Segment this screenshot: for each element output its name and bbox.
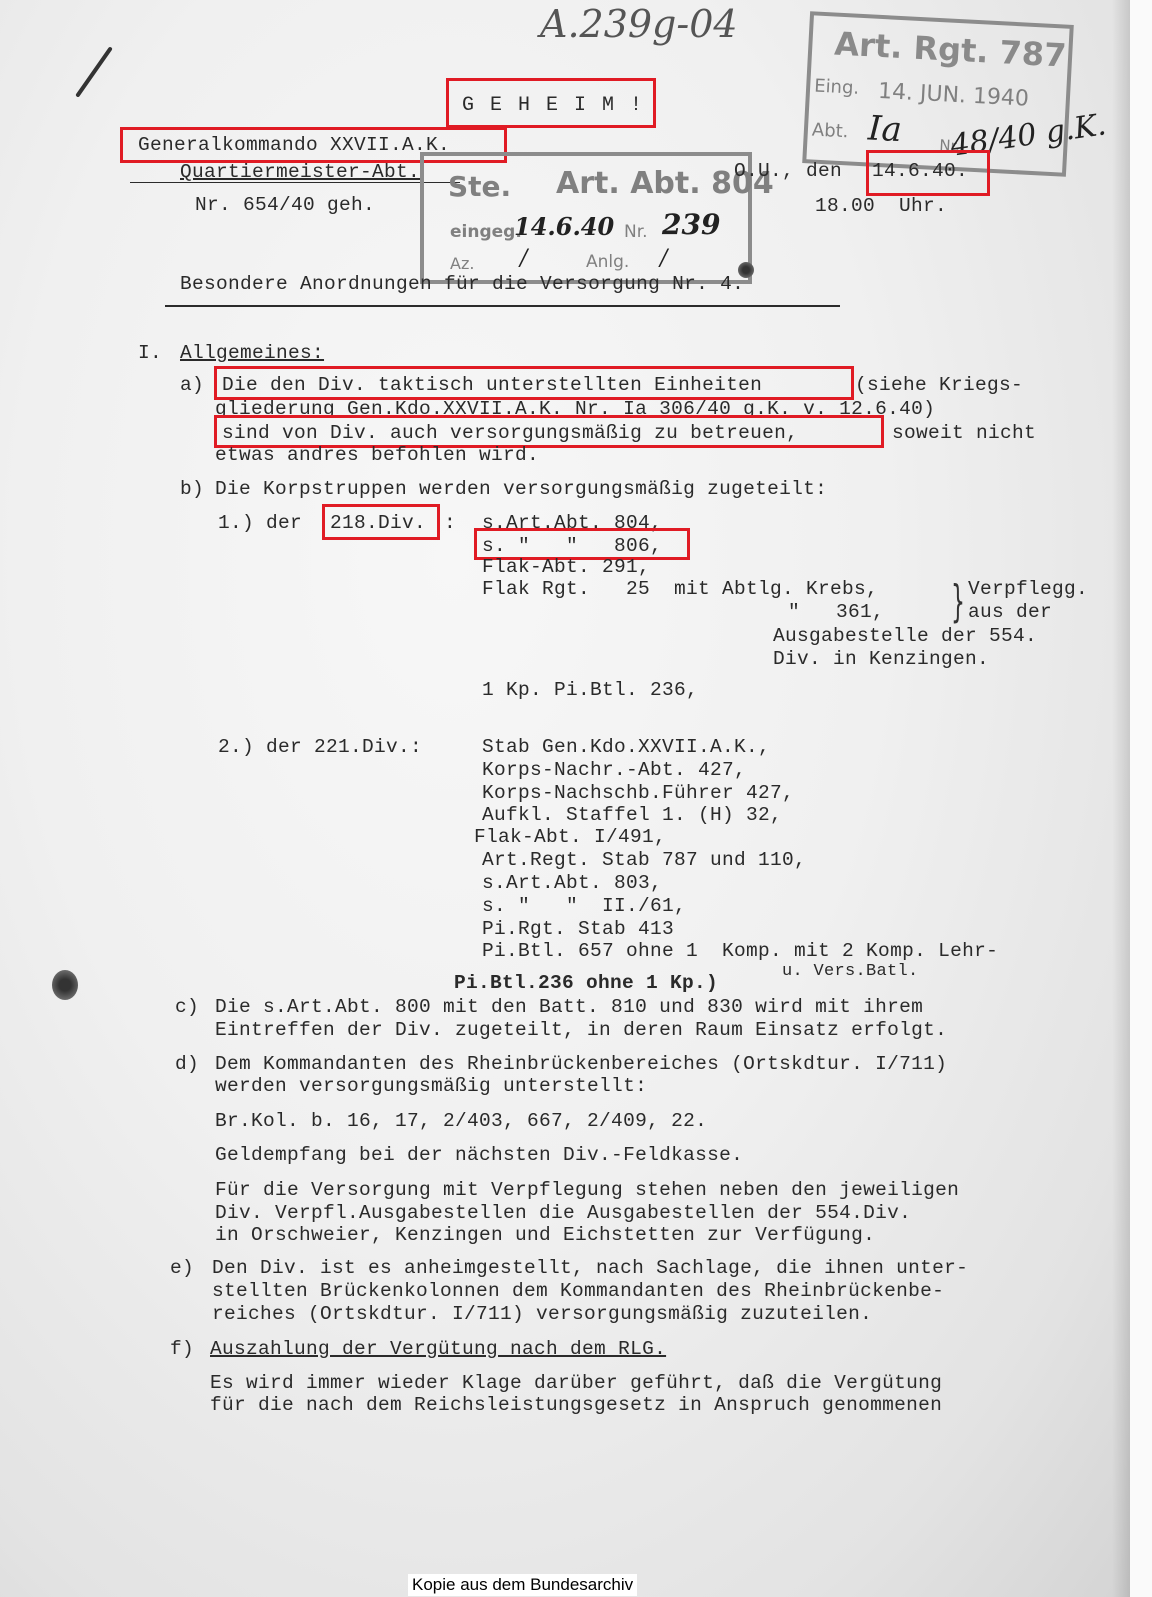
binder-hole [52, 970, 78, 1000]
section-heading: Allgemeines: [180, 344, 324, 364]
group-1-colon: : [444, 514, 456, 534]
stamp-804-attachments-label: Anlg. [586, 252, 629, 272]
place-date-prefix: O.U., den [734, 162, 842, 182]
document-page: A.239g-04 G E H E I M ! Generalkommando … [0, 0, 1130, 1597]
stamp-804-received-label: eingeg. [450, 222, 522, 242]
group-2-bold-line: Pi.Btl.236 ohne 1 Kp.) [454, 974, 718, 994]
department: Quartiermeister-Abt. [180, 163, 420, 183]
stamp-787-received-value: 14. JUN. 1940 [877, 79, 1029, 112]
group-1-unit-4: Flak Rgt. 25 mit Abtlg. Krebs, [482, 580, 878, 600]
highlight-classification [446, 78, 656, 128]
item-d-units: Br.Kol. b. 16, 17, 2/403, 667, 2/409, 22… [215, 1112, 707, 1132]
highlight-item-a-1 [214, 366, 854, 400]
item-b-label: b) [180, 480, 204, 500]
item-c-line-1: Die s.Art.Abt. 800 mit den Batt. 810 und… [215, 998, 923, 1018]
item-d-supply-1: Für die Versorgung mit Verpflegung stehe… [215, 1181, 959, 1201]
item-c-line-2: Eintreffen der Div. zugeteilt, in deren … [215, 1021, 947, 1041]
item-b-intro: Die Korpstruppen werden versorgungsmäßig… [215, 480, 827, 500]
brace: } [951, 576, 965, 627]
highlight-218-div [322, 504, 440, 540]
group-2-unit-9: Pi.Rgt. Stab 413 [482, 920, 674, 940]
item-c-label: c) [175, 998, 199, 1018]
stamp-787-dept-value: Ia [867, 108, 903, 150]
group-1-note-2: aus der [968, 603, 1052, 623]
item-e-line-1: Den Div. ist es anheimgestellt, nach Sac… [212, 1259, 968, 1279]
group-1-unit-6: 1 Kp. Pi.Btl. 236, [482, 681, 698, 701]
item-a-line-3b: soweit nicht [880, 424, 1036, 444]
document-time: 18.00 Uhr. [815, 197, 947, 217]
group-2-unit-5: Flak-Abt. I/491, [474, 828, 666, 848]
group-2-unit-7: s.Art.Abt. 803, [482, 874, 662, 894]
item-d-supply-3: in Orschweier, Kenzingen und Eichstetten… [215, 1226, 875, 1246]
title-underline [165, 305, 840, 307]
highlight-date [866, 150, 990, 196]
stamp-804-number-label: Nr. [624, 222, 648, 242]
group-2-unit-6: Art.Regt. Stab 787 und 110, [482, 851, 806, 871]
reference-number: Nr. 654/40 geh. [195, 196, 375, 216]
group-1-note-1: Verpflegg. [968, 580, 1088, 600]
item-d-line-1: Dem Kommandanten des Rheinbrückenbereich… [215, 1055, 947, 1075]
group-1-note-4: Div. in Kenzingen. [773, 650, 989, 670]
group-2-unit-8: s. " " II./61, [482, 897, 686, 917]
pen-mark [75, 46, 113, 97]
item-d-supply-2: Div. Verpfl.Ausgabestellen die Ausgabest… [215, 1204, 911, 1224]
group-1-note-3: Ausgabestelle der 554. [773, 627, 1037, 647]
item-e-line-3: reiches (Ortskdtur. I/711) versorgungsmä… [212, 1305, 872, 1325]
stamp-804-org-prefix: Ste. [448, 170, 511, 203]
stamp-787-dept-label: Abt. [811, 119, 849, 142]
stamp-art-abt-804: Ste. Art. Abt. 804 eingeg. 14.6.40 Nr. 2… [420, 152, 752, 284]
group-1-unit-5: " 361, [788, 603, 884, 623]
item-f-heading: Auszahlung der Vergütung nach dem RLG. [210, 1340, 666, 1360]
document-title: Besondere Anordnungen für die Versorgung… [180, 275, 744, 295]
group-2-unit-2: Korps-Nachr.-Abt. 427, [482, 761, 746, 781]
stamp-787-org: Art. Rgt. 787 [834, 25, 1068, 75]
item-e-label: e) [170, 1259, 194, 1279]
page-edge [1130, 0, 1152, 1597]
item-f-label: f) [170, 1340, 194, 1360]
group-1-unit-3: Flak-Abt. 291, [482, 558, 650, 578]
stamp-804-az-label: Az. [450, 254, 474, 273]
item-d-label: d) [175, 1055, 199, 1075]
item-f-line-2: für die nach dem Reichsleistungsgesetz i… [210, 1396, 942, 1416]
item-a-line-1b: (siehe Kriegs- [843, 376, 1023, 396]
stamp-787-received-label: Eing. [814, 76, 860, 99]
item-e-line-2: stellten Brückenkolonnen dem Kommandante… [212, 1282, 944, 1302]
department-underline [130, 182, 460, 183]
item-a-line-4: etwas andres befohlen wird. [215, 446, 539, 466]
item-d-money: Geldempfang bei der nächsten Div.-Feldka… [215, 1146, 743, 1166]
archive-footer: Kopie aus dem Bundesarchiv [408, 1574, 637, 1596]
group-2-unit-4: Aufkl. Staffel 1. (H) 32, [482, 806, 782, 826]
group-1-label: 1.) der [218, 514, 302, 534]
item-a-label: a) [180, 376, 204, 396]
group-2-unit-3: Korps-Nachschb.Führer 427, [482, 784, 794, 804]
stamp-804-number-value: 239 [662, 208, 720, 241]
archive-reference-handwritten: A.239g-04 [540, 2, 738, 46]
group-2-unit-11: u. Vers.Batl. [782, 963, 919, 980]
stamp-804-received-value: 14.6.40 [514, 212, 614, 241]
stamp-804-attachments-value: / [660, 246, 667, 271]
stamp-804-az-value: / [520, 246, 527, 271]
section-number: I. [138, 344, 162, 364]
group-2-unit-1: Stab Gen.Kdo.XXVII.A.K., [482, 738, 770, 758]
group-2-unit-10: Pi.Btl. 657 ohne 1 Komp. mit 2 Komp. Leh… [482, 942, 998, 962]
item-d-line-2: werden versorgungsmäßig unterstellt: [215, 1077, 647, 1097]
group-2-label: 2.) der 221.Div.: [218, 738, 422, 758]
item-f-line-1: Es wird immer wieder Klage darüber gefüh… [210, 1374, 942, 1394]
